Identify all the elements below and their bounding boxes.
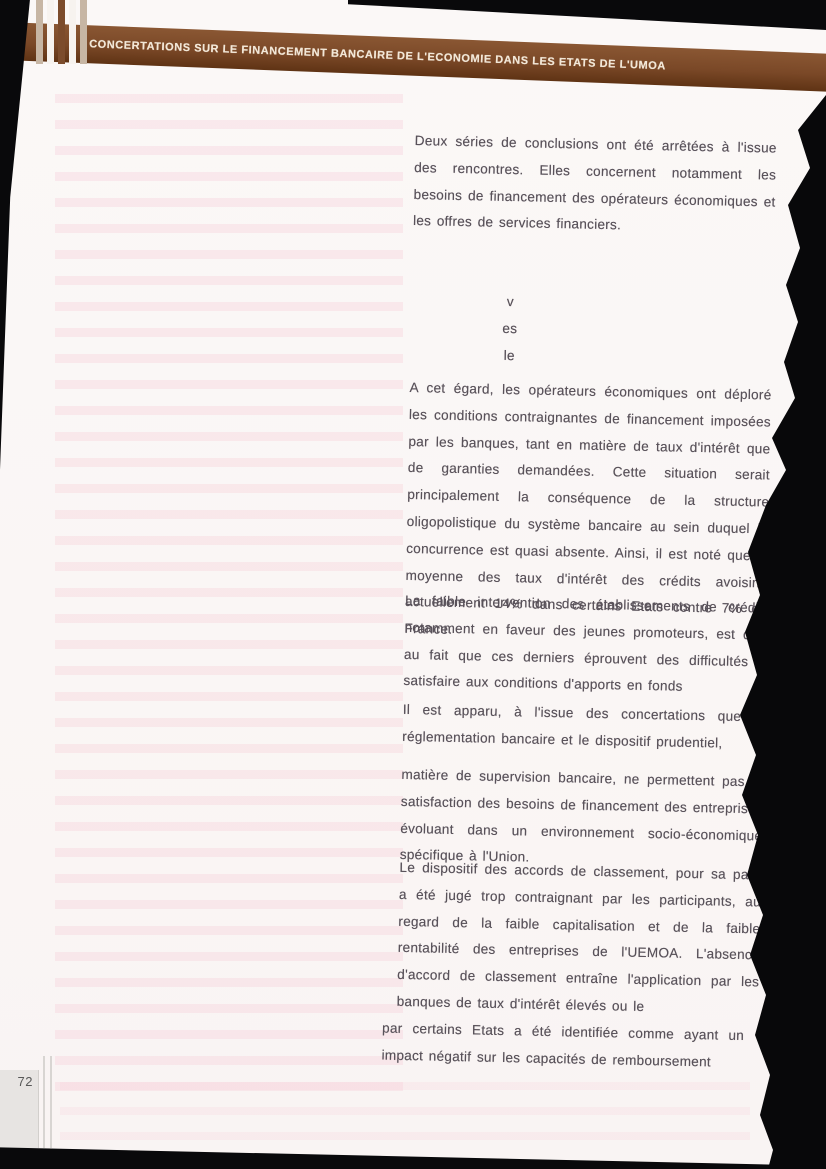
stripe (80, 0, 87, 64)
paragraph-accords-classement: Le dispositif des accords de classement,… (396, 855, 761, 1023)
fragment-line: v (497, 288, 524, 316)
page-number: 72 (18, 1074, 33, 1089)
ghost-text-column (55, 94, 403, 1106)
binding-crease-line (50, 1056, 52, 1148)
torn-page-edge (726, 90, 826, 1169)
stripe (58, 0, 65, 64)
header-banner: CONCERTATIONS SUR LE FINANCEMENT BANCAIR… (0, 21, 826, 94)
paragraph-il-est-apparu: Il est apparu, à l'issue des concertatio… (402, 697, 765, 758)
text-column: Deux séries de conclusions ont été arrêt… (394, 128, 776, 1115)
paragraph-faible-intervention: La faible intervention des établissement… (403, 588, 767, 703)
page-number-box: 72 (0, 1070, 39, 1148)
decorative-stripes (36, 0, 87, 64)
binding-crease-line (43, 1056, 45, 1148)
stripe (69, 0, 76, 64)
fragment-line: es (497, 315, 524, 343)
stripe (36, 0, 43, 64)
fragment-letters: v es le (496, 288, 524, 370)
paragraph-par-certains-etats: par certains Etats a été identifiée comm… (381, 1016, 744, 1077)
paragraph-conclusions: Deux séries de conclusions ont été arrêt… (413, 128, 777, 243)
stripe (47, 0, 54, 64)
document-title: CONCERTATIONS SUR LE FINANCEMENT BANCAIR… (0, 34, 666, 72)
scanned-page: CONCERTATIONS SUR LE FINANCEMENT BANCAIR… (0, 0, 826, 1169)
fragment-line: le (496, 342, 523, 370)
